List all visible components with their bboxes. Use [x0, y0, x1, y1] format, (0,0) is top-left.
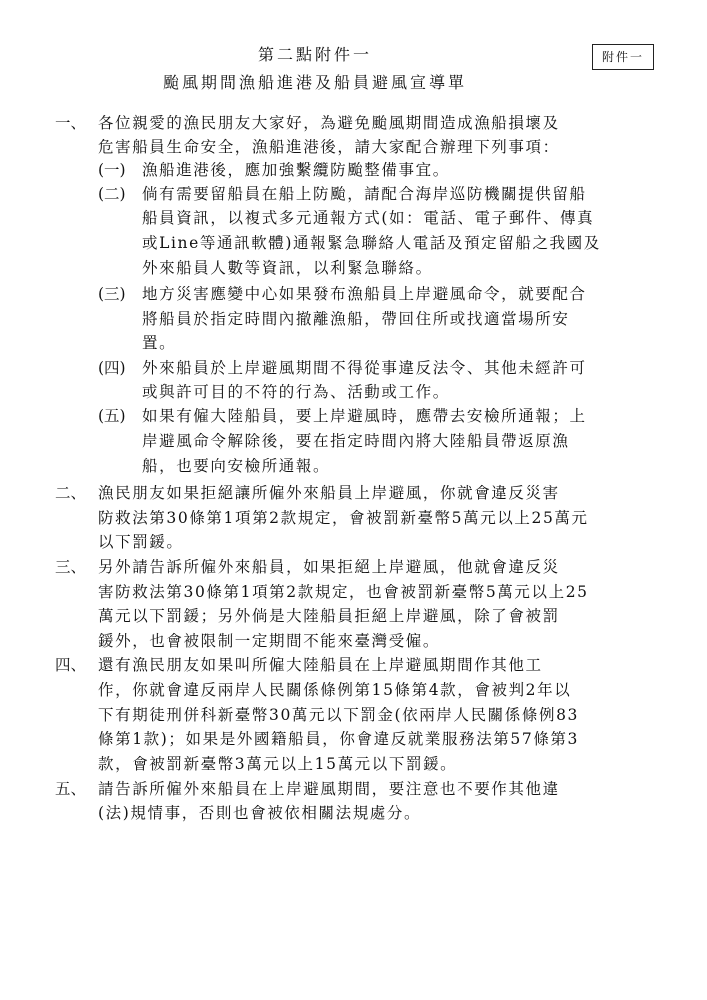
subitem-marker: (一)	[98, 160, 126, 180]
text-line: 倘有需要留船員在船上防颱，請配合海岸巡防機關提供留船	[142, 184, 587, 204]
text-line: 將船員於指定時間內撤離漁船，帶回住所或找適當場所安	[142, 309, 570, 329]
section-number: 四、	[55, 655, 86, 675]
document-subtitle: 第二點附件一	[0, 42, 590, 65]
text-line: 下有期徒刑併科新臺幣30萬元以下罰金(依兩岸人民關係條例83	[98, 705, 579, 725]
section-number: 一、	[55, 113, 86, 133]
text-line: 另外請告訴所僱外來船員，如果拒絕上岸避風，他就會違反災	[98, 557, 560, 577]
text-line: 漁民朋友如果拒絕讓所僱外來船員上岸避風，你就會違反災害	[98, 483, 560, 503]
subitem-marker: (二)	[98, 184, 126, 204]
subitem-marker: (三)	[98, 284, 126, 304]
text-line: 還有漁民朋友如果叫所僱大陸船員在上岸避風期間作其他工	[98, 655, 543, 675]
text-line: 或與許可目的不符的行為、活動或工作。	[142, 382, 450, 402]
text-line: 漁船進港後，應加強繫纜防颱整備事宜。	[142, 160, 450, 180]
subitem-marker: (四)	[98, 358, 126, 378]
section-number: 五、	[55, 779, 86, 799]
text-line: (法)規情事，否則也會被依相關法規處分。	[98, 803, 421, 823]
text-line: 以下罰鍰。	[98, 532, 184, 552]
text-line: 防救法第30條第1項第2款規定，會被罰新臺幣5萬元以上25萬元	[98, 508, 589, 528]
text-line: 外來船員人數等資訊，以利緊急聯絡。	[142, 258, 433, 278]
section-number: 三、	[55, 557, 86, 577]
text-line: 條第1款)；如果是外國籍船員，你會違反就業服務法第57條第3	[98, 729, 579, 749]
text-line: 地方災害應變中心如果發布漁船員上岸避風命令，就要配合	[142, 284, 587, 304]
text-line: 船，也要向安檢所通報。	[142, 456, 330, 476]
text-line: 置。	[142, 333, 176, 353]
text-line: 作，你就會違反兩岸人民關係條例第15條第4款，會被判2年以	[98, 680, 571, 700]
text-line: 危害船員生命安全，漁船進港後，請大家配合辦理下列事項：	[98, 137, 560, 157]
text-line: 船員資訊，以複式多元通報方式(如：電話、電子郵件、傳真	[142, 208, 594, 228]
text-line: 請告訴所僱外來船員在上岸避風期間，要注意也不要作其他違	[98, 779, 560, 799]
text-line: 各位親愛的漁民朋友大家好，為避免颱風期間造成漁船損壞及	[98, 113, 560, 133]
subitem-marker: (五)	[98, 406, 126, 426]
text-line: 害防救法第30條第1項第2款規定，也會被罰新臺幣5萬元以上25	[98, 582, 589, 602]
text-line: 萬元以下罰鍰；另外倘是大陸船員拒絕上岸避風，除了會被罰	[98, 606, 560, 626]
text-line: 或Line等通訊軟體)通報緊急聯絡人電話及預定留船之我國及	[142, 233, 601, 253]
attachment-badge: 附件一	[592, 44, 654, 70]
text-line: 鍰外，也會被限制一定期間不能來臺灣受僱。	[98, 631, 440, 651]
text-line: 外來船員於上岸避風期間不得從事違反法令、其他未經許可	[142, 358, 587, 378]
text-line: 如果有僱大陸船員，要上岸避風時，應帶去安檢所通報；上	[142, 406, 587, 426]
section-number: 二、	[55, 483, 86, 503]
text-line: 款，會被罰新臺幣3萬元以上15萬元以下罰鍰。	[98, 754, 457, 774]
document-title: 颱風期間漁船進港及船員避風宣導單	[163, 70, 467, 93]
text-line: 岸避風命令解除後，要在指定時間內將大陸船員帶返原漁	[142, 431, 570, 451]
